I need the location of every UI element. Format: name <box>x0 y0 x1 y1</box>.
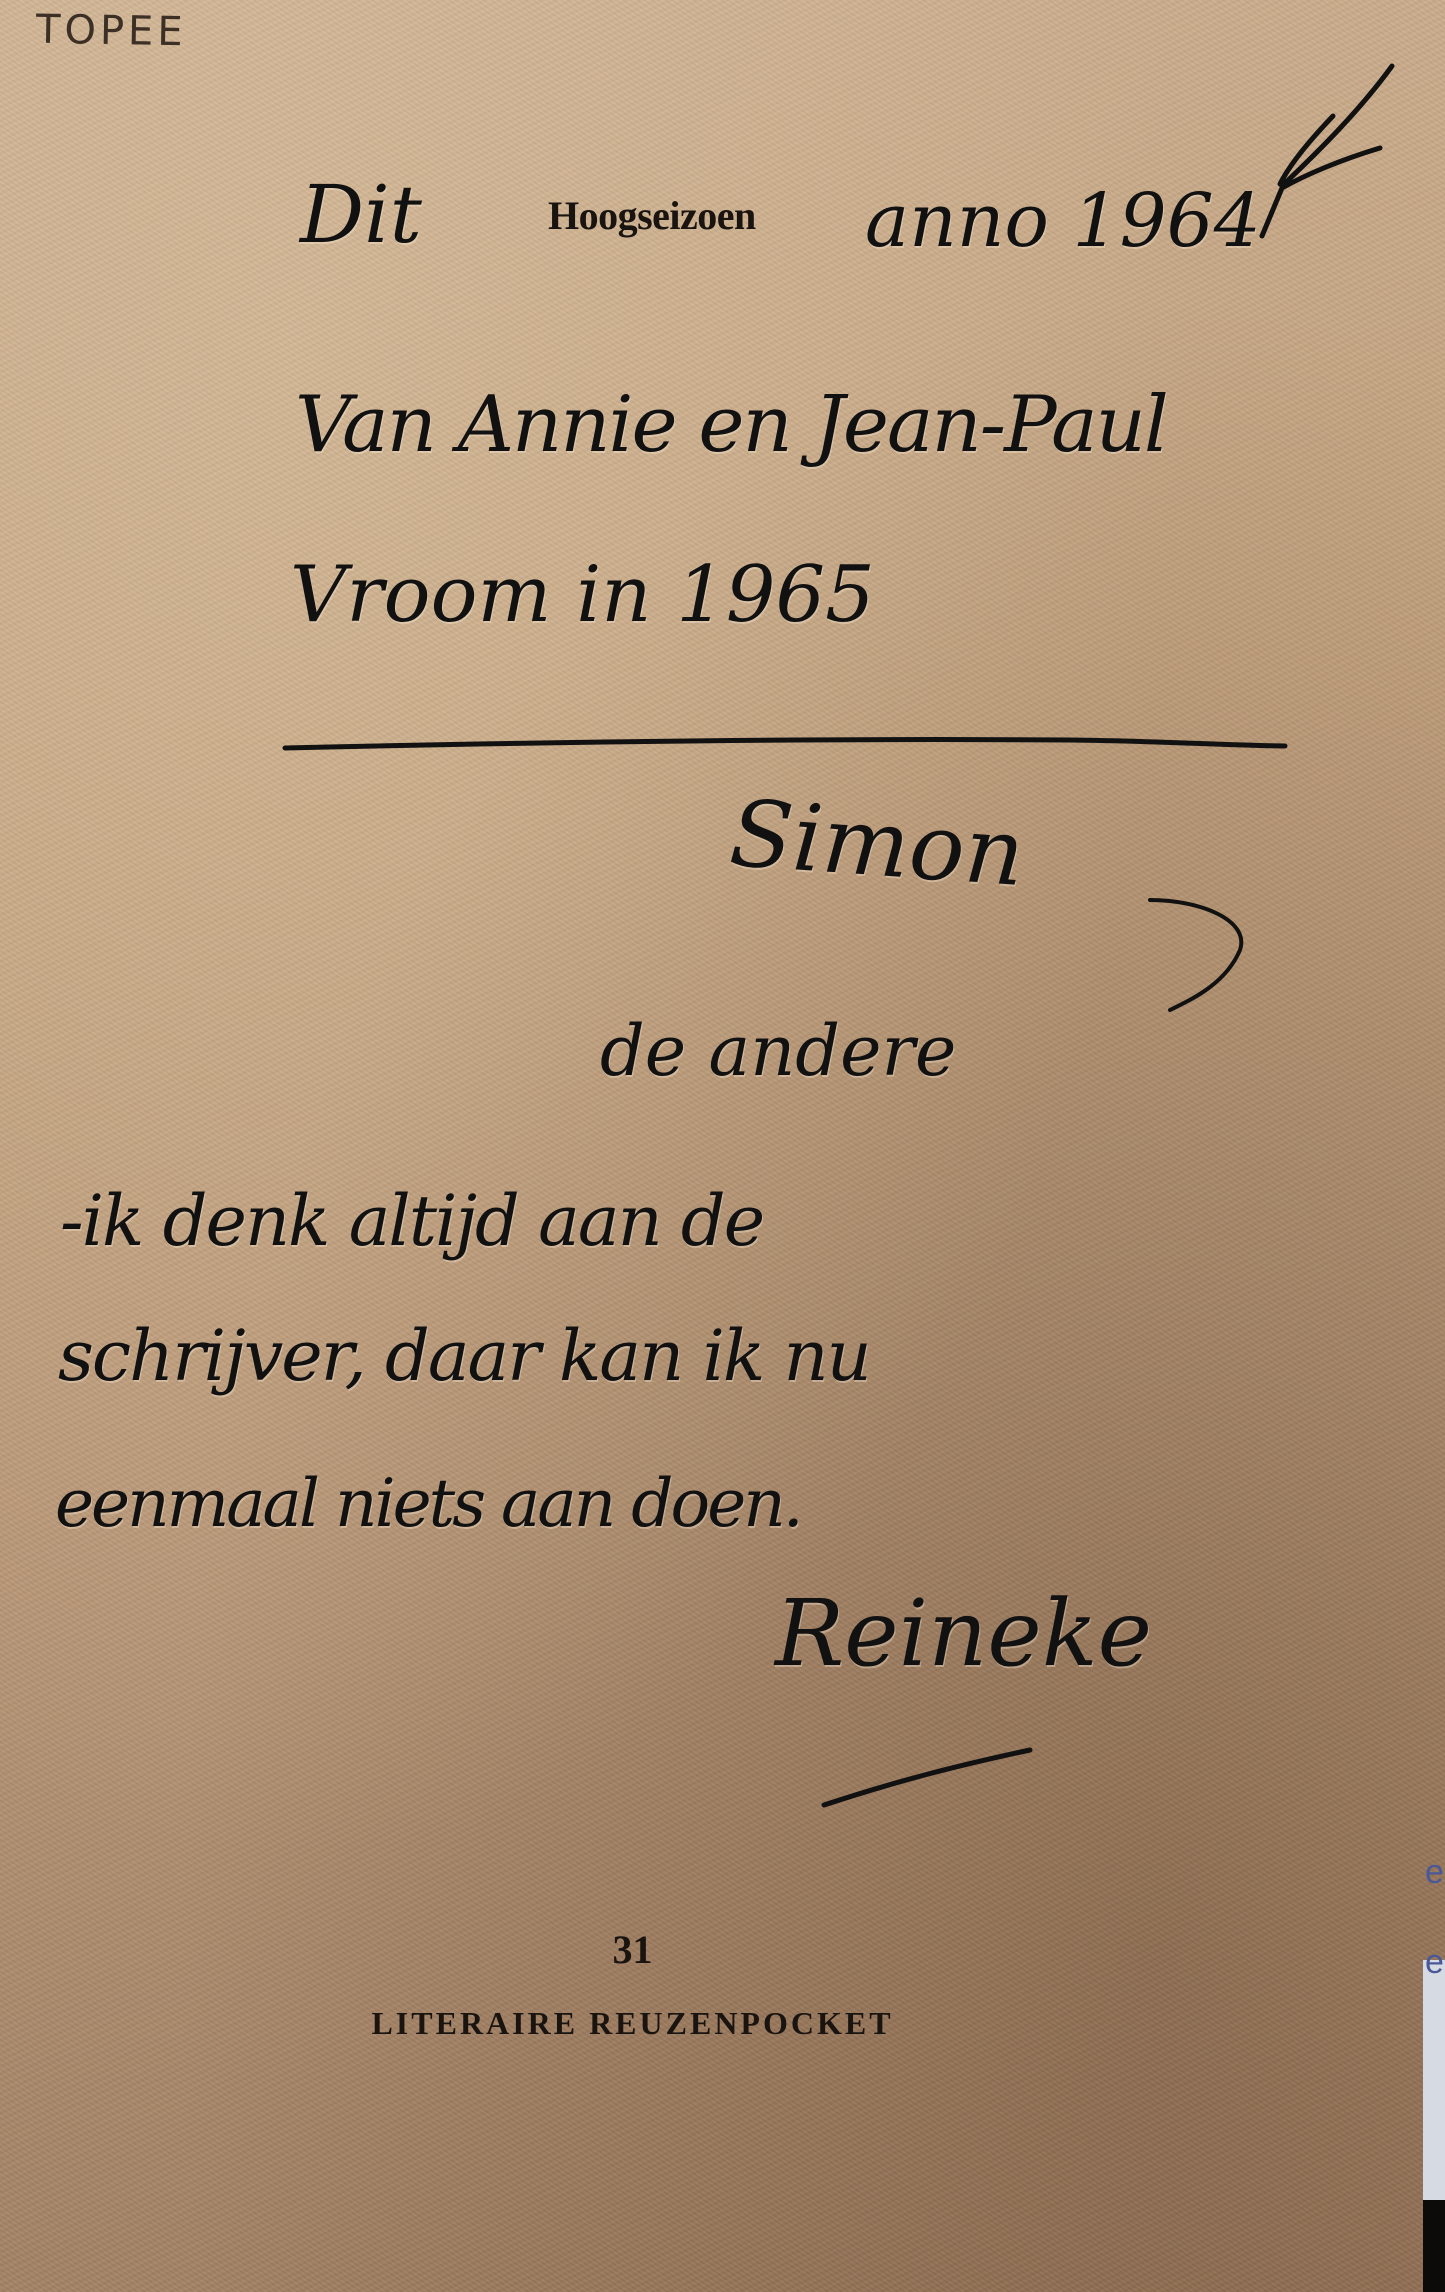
signature-reineke: Reineke <box>775 1580 1152 1687</box>
background-glyph: e <box>1425 1855 1445 1889</box>
background-dark-edge <box>1423 2200 1445 2292</box>
arrow-icon <box>1262 66 1392 236</box>
pencil-note: TOPEE <box>36 7 187 56</box>
handwritten-vroom-line: Vroom in 1965 <box>290 550 875 640</box>
handwritten-de-andere: de andere <box>600 1010 956 1092</box>
inscription-line-2: schrijver, daar kan ik nu <box>58 1315 870 1397</box>
signature-simon: Simon <box>727 780 1028 907</box>
handwritten-from-line: Van Annie en Jean-Paul <box>295 380 1167 470</box>
inscription-line-3: eenmaal niets aan doen. <box>55 1465 801 1542</box>
book-page: TOPEE Dit Hoogseizoen anno 1964 Van Anni… <box>0 0 1445 2292</box>
background-paper-edge <box>1423 1960 1445 2200</box>
signature-flourish <box>1150 900 1241 1010</box>
page-number: 31 <box>0 1926 1265 1973</box>
divider-line <box>285 740 1285 748</box>
background-glyph: e <box>1425 1945 1445 1979</box>
inscription-line-1: -ik denk altijd aan de <box>60 1180 763 1262</box>
handwritten-dit: Dit <box>300 168 422 261</box>
series-name: LITERAIRE REUZENPOCKET <box>0 2005 1265 2042</box>
signature-underline <box>824 1750 1030 1805</box>
printed-book-title: Hoogseizoen <box>548 192 756 239</box>
handwritten-anno-year: anno 1964 <box>865 178 1261 264</box>
